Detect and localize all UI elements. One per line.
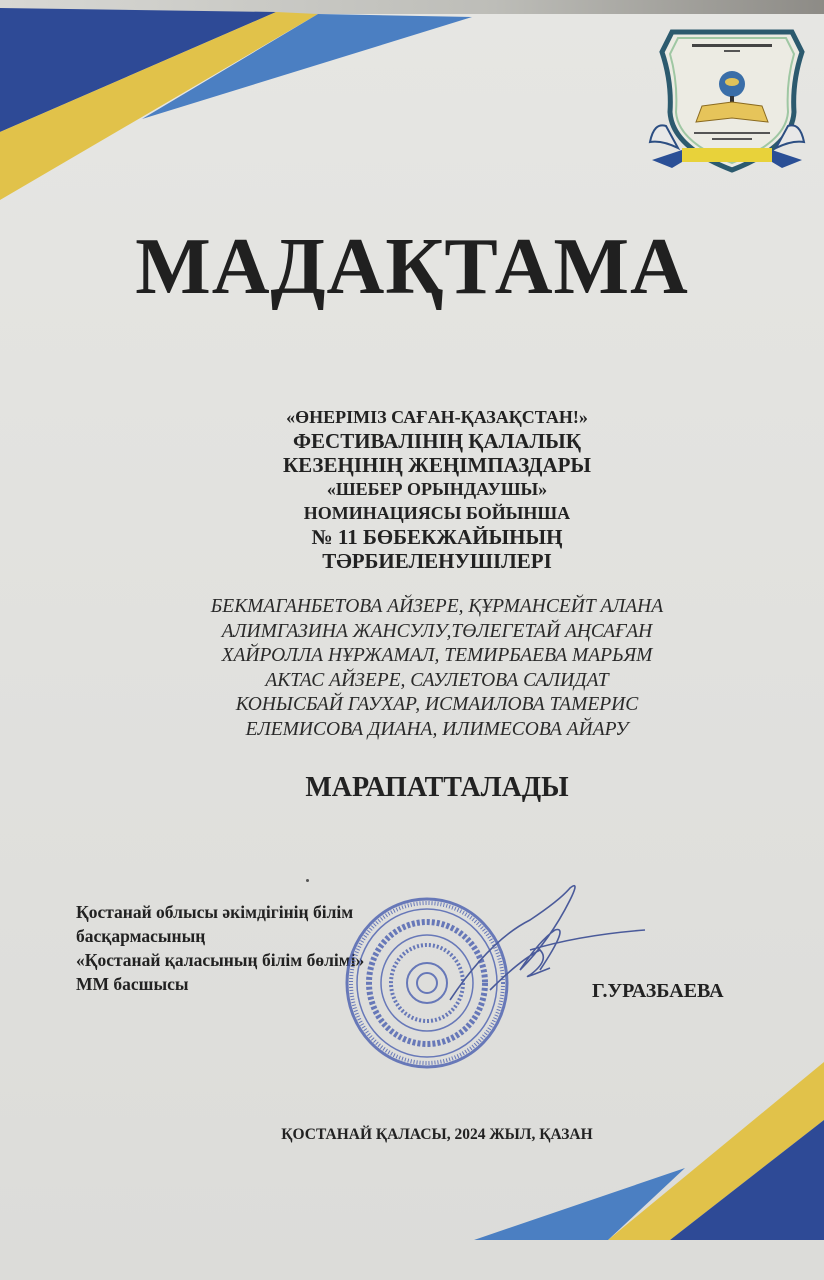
position-line: Қостанай облысы әкімдігінің білім xyxy=(76,900,364,924)
recipients-list: БЕКМАГАНБЕТОВА АЙЗЕРЕ, ҚҰРМАНСЕЙТ АЛАНА … xyxy=(0,595,824,742)
certificate-page: МАДАҚТАМА «ӨНЕРІМІЗ САҒАН-ҚАЗАҚСТАН!» ФЕ… xyxy=(0,0,824,1280)
recipients-line: БЕКМАГАНБЕТОВА АЙЗЕРЕ, ҚҰРМАНСЕЙТ АЛАНА xyxy=(0,595,824,620)
position-line: «Қостанай қаласының білім бөлімі» xyxy=(76,948,364,972)
certificate-title: МАДАҚТАМА xyxy=(0,222,824,312)
recipients-line: АКТАС АЙЗЕРЕ, САУЛЕТОВА САЛИДАТ xyxy=(0,669,824,694)
commendation-body: «ӨНЕРІМІЗ САҒАН-ҚАЗАҚСТАН!» ФЕСТИВАЛІНІҢ… xyxy=(0,405,824,573)
award-verb: МАРАПАТТАЛАДЫ xyxy=(0,772,824,804)
nomination-name: «ШЕБЕР ОРЫНДАУШЫ» xyxy=(0,477,824,501)
recipients-line: ХАЙРОЛЛА НҰРЖАМАЛ, ТЕМИРБАЕВА МАРЬЯМ xyxy=(0,644,824,669)
place-and-date: ҚОСТАНАЙ ҚАЛАСЫ, 2024 ЖЫЛ, ҚАЗАН xyxy=(0,1126,824,1144)
body-line: КЕЗЕҢІНІҢ ЖЕҢІМПАЗДАРЫ xyxy=(0,453,824,477)
recipients-line: КОНЫСБАЙ ГАУХАР, ИСМАИЛОВА ТАМЕРИС xyxy=(0,693,824,718)
body-line: ТӘРБИЕЛЕНУШІЛЕРІ xyxy=(0,549,824,573)
signatory-position: Қостанай облысы әкімдігінің білім басқар… xyxy=(76,900,364,996)
institution-line: № 11 БӨБЕКЖАЙЫНЫҢ xyxy=(0,525,824,549)
school-crest-icon xyxy=(642,22,812,190)
body-line: НОМИНАЦИЯСЫ БОЙЫНША xyxy=(0,501,824,525)
position-line: басқармасының xyxy=(76,924,364,948)
recipients-line: АЛИМГАЗИНА ЖАНСУЛУ,ТӨЛЕГЕТАЙ АҢСАҒАН xyxy=(0,620,824,645)
festival-name: «ӨНЕРІМІЗ САҒАН-ҚАЗАҚСТАН!» xyxy=(0,405,824,429)
body-line: ФЕСТИВАЛІНІҢ ҚАЛАЛЫҚ xyxy=(0,429,824,453)
signatory-name: Г.УРАЗБАЕВА xyxy=(592,980,724,1003)
ink-dot xyxy=(306,879,309,882)
recipients-line: ЕЛЕМИСОВА ДИАНА, ИЛИМЕСОВА АЙАРУ xyxy=(0,718,824,743)
position-line: ММ басшысы xyxy=(76,972,364,996)
